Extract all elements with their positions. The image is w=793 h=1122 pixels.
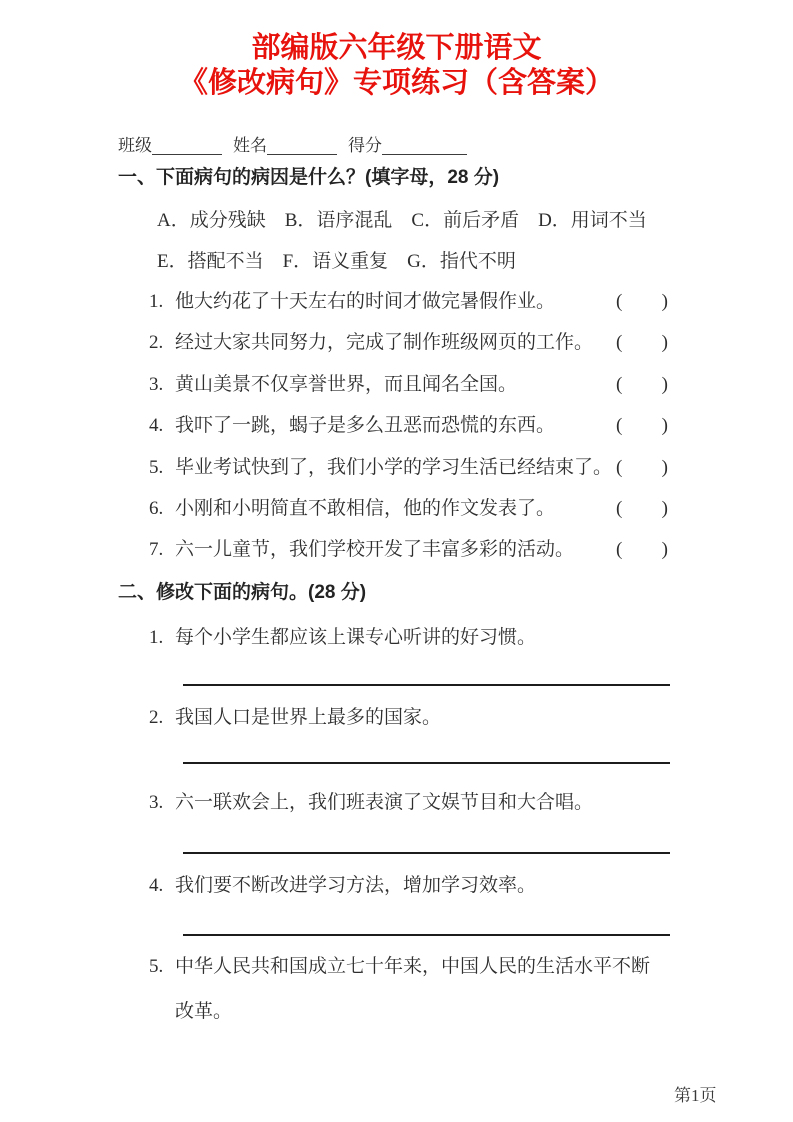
name-blank xyxy=(267,137,337,155)
rewrite-item: 1. 每个小学生都应该上课专心听讲的好习惯。 xyxy=(149,626,672,650)
question-row: 7. 六一儿童节，我们学校开发了丰富多彩的活动。 () xyxy=(149,539,668,580)
answer-bracket: () xyxy=(616,498,668,519)
question-text: 黄山美景不仅享誉世界，而且闻名全国。 xyxy=(175,374,616,395)
question-row: 6. 小刚和小明简直不敢相信，他的作文发表了。 () xyxy=(149,498,668,539)
question-row: 4. 我吓了一跳，蝎子是多么丑恶而恐慌的东西。 () xyxy=(149,415,668,456)
question-row: 2. 经过大家共同努力，完成了制作班级网页的工作。 () xyxy=(149,332,668,373)
bracket-close: ) xyxy=(662,498,668,519)
question-text: 他大约花了十天左右的时间才做完暑假作业。 xyxy=(175,291,616,312)
section1-options-line1: A．成分残缺 B．语序混乱 C．前后矛盾 D．用词不当 xyxy=(157,210,647,232)
rewrite-item: 3. 六一联欢会上，我们班表演了文娱节目和大合唱。 xyxy=(149,791,672,815)
section1-question-list: 1. 他大约花了十天左右的时间才做完暑假作业。 () 2. 经过大家共同努力，完… xyxy=(149,291,668,581)
answer-write-line xyxy=(183,684,670,686)
question-text: 经过大家共同努力，完成了制作班级网页的工作。 xyxy=(175,332,616,353)
answer-bracket: () xyxy=(616,374,668,395)
bracket-close: ) xyxy=(662,539,668,560)
bracket-open: ( xyxy=(616,498,622,519)
question-text: 我吓了一跳，蝎子是多么丑恶而恐慌的东西。 xyxy=(175,415,616,436)
bracket-close: ) xyxy=(662,374,668,395)
answer-bracket: () xyxy=(616,332,668,353)
section2-heading: 二、修改下面的病句。(28 分) xyxy=(118,582,366,604)
question-text: 小刚和小明简直不敢相信，他的作文发表了。 xyxy=(175,498,616,519)
page-number: 第1页 xyxy=(674,1081,717,1106)
question-text: 每个小学生都应该上课专心听讲的好习惯。 xyxy=(175,626,672,650)
document-title-line2: 《修改病句》专项练习（含答案） xyxy=(0,66,793,101)
bracket-close: ) xyxy=(662,332,668,353)
worksheet-page: 部编版六年级下册语文 《修改病句》专项练习（含答案） 班级姓名得分 一、下面病句… xyxy=(0,0,793,1122)
bracket-close: ) xyxy=(662,415,668,436)
bracket-open: ( xyxy=(616,374,622,395)
answer-bracket: () xyxy=(616,291,668,312)
question-text: 我国人口是世界上最多的国家。 xyxy=(175,706,672,730)
class-label: 班级 xyxy=(118,135,152,157)
bracket-open: ( xyxy=(616,415,622,436)
question-number: 4. xyxy=(149,874,175,898)
question-text: 六一儿童节，我们学校开发了丰富多彩的活动。 xyxy=(175,539,616,560)
answer-write-line xyxy=(183,934,670,936)
question-text: 我们要不断改进学习方法，增加学习效率。 xyxy=(175,874,672,898)
question-text: 毕业考试快到了，我们小学的学习生活已经结束了。 xyxy=(175,457,616,478)
question-number: 6. xyxy=(149,498,175,519)
question-number: 2. xyxy=(149,706,175,730)
rewrite-item: 5. 中华人民共和国成立七十年来，中国人民的生活水平不断 改革。 xyxy=(149,944,672,1034)
document-title-line1: 部编版六年级下册语文 xyxy=(0,31,793,66)
question-number: 2. xyxy=(149,332,175,353)
bracket-open: ( xyxy=(616,332,622,353)
question-number: 7. xyxy=(149,539,175,560)
student-info-line: 班级姓名得分 xyxy=(118,135,467,157)
name-label: 姓名 xyxy=(233,135,267,157)
question-row: 1. 他大约花了十天左右的时间才做完暑假作业。 () xyxy=(149,291,668,332)
rewrite-item: 2. 我国人口是世界上最多的国家。 xyxy=(149,706,672,730)
question-number: 3. xyxy=(149,374,175,395)
answer-bracket: () xyxy=(616,539,668,560)
score-blank xyxy=(382,137,467,155)
rewrite-item: 4. 我们要不断改进学习方法，增加学习效率。 xyxy=(149,874,672,898)
section1-options-line2: E．搭配不当 F．语义重复 G．指代不明 xyxy=(157,251,516,273)
question-row: 5. 毕业考试快到了，我们小学的学习生活已经结束了。 () xyxy=(149,457,668,498)
bracket-open: ( xyxy=(616,291,622,312)
class-blank xyxy=(152,137,222,155)
question-number: 1. xyxy=(149,626,175,650)
section1-heading: 一、下面病句的病因是什么？(填字母，28 分) xyxy=(118,167,499,189)
bracket-close: ) xyxy=(662,291,668,312)
question-number: 1. xyxy=(149,291,175,312)
answer-bracket: () xyxy=(616,415,668,436)
question-text: 六一联欢会上，我们班表演了文娱节目和大合唱。 xyxy=(175,791,672,815)
question-number: 3. xyxy=(149,791,175,815)
question-row: 3. 黄山美景不仅享誉世界，而且闻名全国。 () xyxy=(149,374,668,415)
question-number: 5. xyxy=(149,457,175,478)
bracket-open: ( xyxy=(616,539,622,560)
answer-bracket: () xyxy=(616,457,668,478)
answer-write-line xyxy=(183,762,670,764)
answer-write-line xyxy=(183,852,670,854)
bracket-close: ) xyxy=(662,457,668,478)
score-label: 得分 xyxy=(348,135,382,157)
question-number: 4. xyxy=(149,415,175,436)
bracket-open: ( xyxy=(616,457,622,478)
question-number: 5. xyxy=(149,944,175,1034)
question-text: 中华人民共和国成立七十年来，中国人民的生活水平不断 改革。 xyxy=(175,944,672,1034)
